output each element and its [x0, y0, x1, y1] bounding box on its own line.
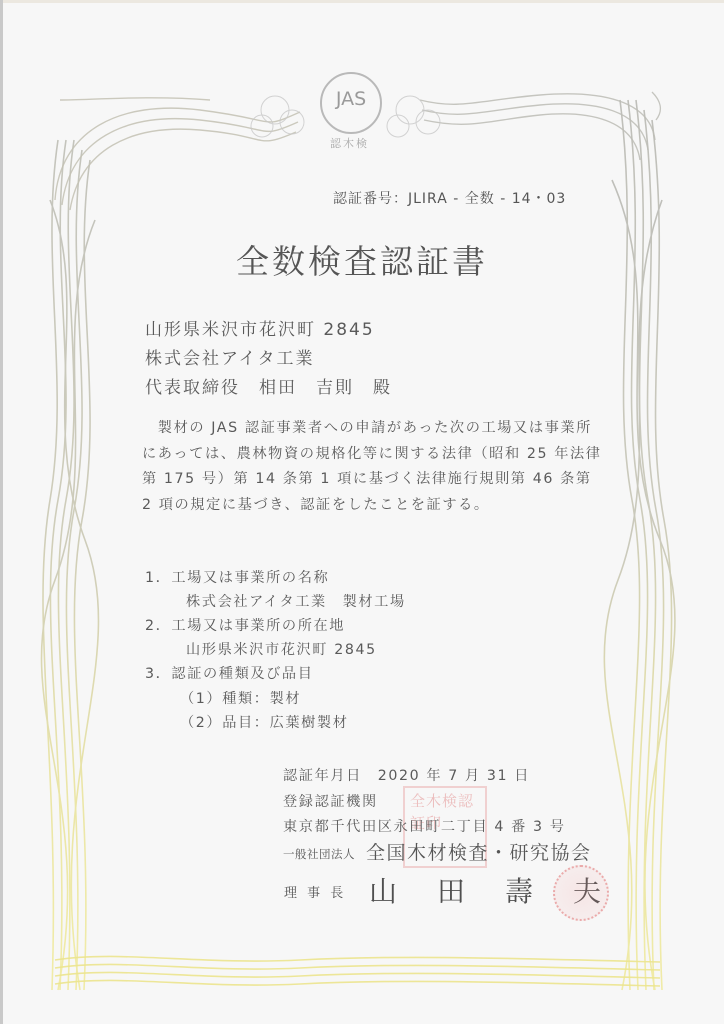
item-1-value: 株式会社アイタ工業 製材工場	[186, 591, 406, 611]
certificate-number: 認証番号：JLIRA - 全数 - 14・03	[333, 188, 566, 208]
recipient-representative: 代表取締役 相田 吉則 殿	[145, 373, 392, 398]
issuer-role: 理 事 長	[284, 882, 346, 901]
certification-statement: 製材の JAS 認証事業者への申請があった次の工場又は事業所にあっては、農林物資…	[142, 416, 602, 518]
jas-emblem-text: JAS	[322, 88, 380, 110]
item-3-subitem-1: （1）種類：製材	[180, 688, 301, 708]
recipient-address: 山形県米沢市花沢町 2845	[145, 315, 375, 340]
jas-emblem-subtext: 認木検	[330, 135, 369, 151]
item-3-subitem-2: （2）品目：広葉樹製材	[180, 712, 349, 732]
certification-date: 認証年月日 2020 年 7 月 31 日	[283, 765, 530, 785]
item-3-heading: 3．認証の種類及び品目	[145, 663, 314, 683]
issuer-org-prefix: 一般社団法人	[283, 846, 355, 862]
recipient-company: 株式会社アイタ工業	[145, 344, 314, 369]
round-seal	[553, 865, 609, 921]
jas-emblem: JAS	[320, 72, 382, 134]
item-1-heading: 1．工場又は事業所の名称	[145, 567, 329, 587]
document-title: 全数検査認証書	[0, 236, 724, 283]
issuer-address: 東京都千代田区永田町二丁目 4 番 3 号	[283, 816, 566, 836]
registered-body-label: 登録認証機関	[283, 791, 378, 811]
item-2-heading: 2．工場又は事業所の所在地	[145, 615, 345, 635]
issuer-org-name: 全国木材検査・研究協会	[366, 838, 592, 865]
item-2-value: 山形県米沢市花沢町 2845	[186, 639, 377, 659]
statement-text: 製材の JAS 認証事業者への申請があった次の工場又は事業所にあっては、農林物資…	[142, 416, 602, 518]
